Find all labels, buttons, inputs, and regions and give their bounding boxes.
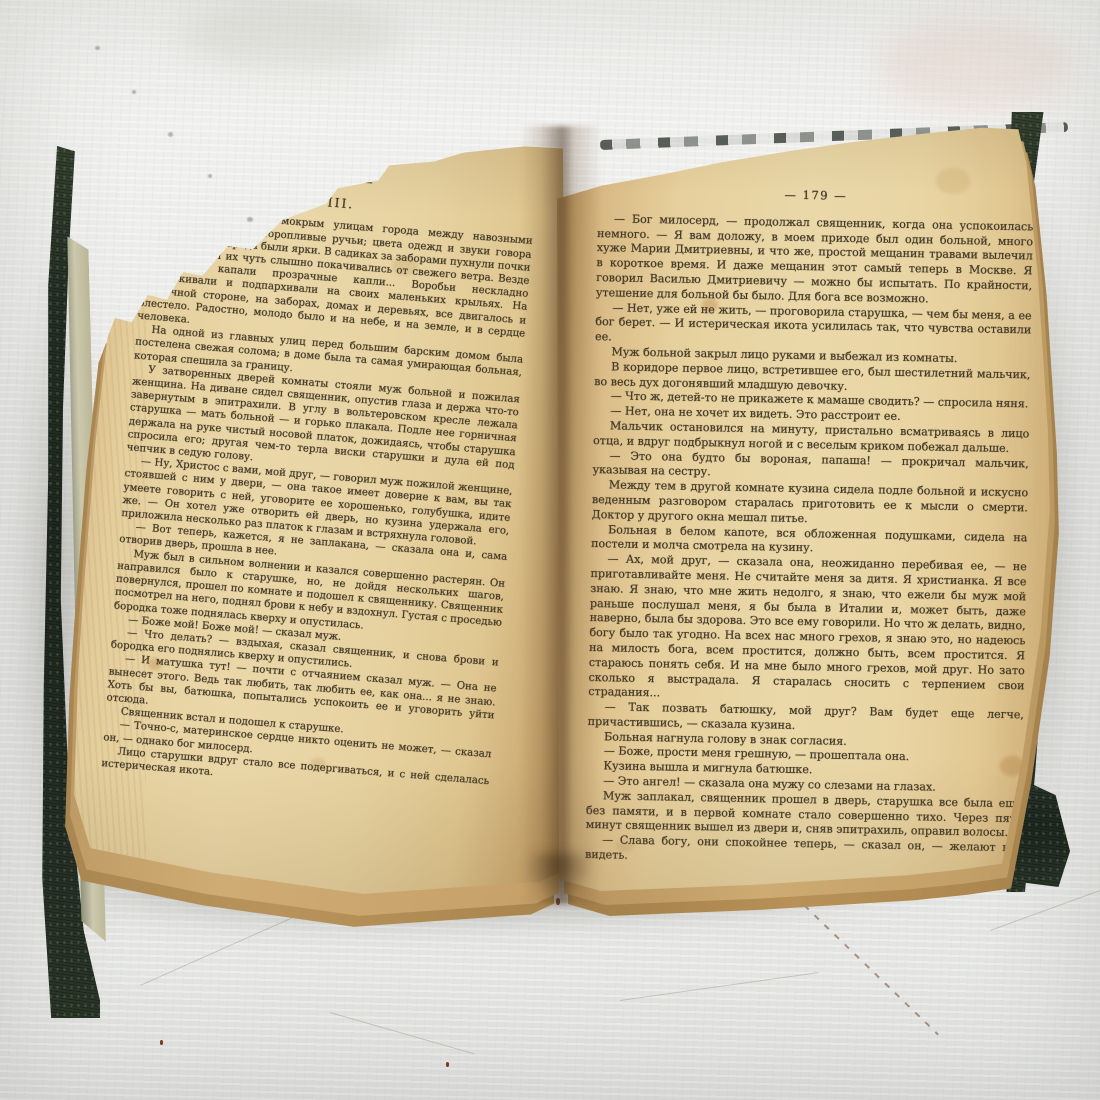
dust-speck xyxy=(132,90,136,94)
dust-speck xyxy=(247,217,253,222)
paragraph: — Ах, мой друг, — сказала она, неожиданн… xyxy=(588,552,1027,708)
left-page-text: — 178 — III. Пришла весна. По мокрым ули… xyxy=(101,158,537,801)
scratch-mark xyxy=(990,886,1100,931)
scratch-mark xyxy=(794,895,939,1035)
left-page: — 178 — III. Пришла весна. По мокрым ули… xyxy=(62,138,567,900)
right-page: — 179 — — Бог милосерд, — продолжал свящ… xyxy=(552,116,1060,898)
red-speck xyxy=(556,898,560,905)
scratch-mark xyxy=(330,1012,474,1054)
dust-speck xyxy=(168,132,173,137)
paragraph: Между тем в другой комнате кузина сидела… xyxy=(592,478,1029,531)
right-page-text: — 179 — — Бог милосерд, — продолжал свящ… xyxy=(584,184,1034,902)
red-speck xyxy=(446,1062,449,1067)
page-number: — 179 — xyxy=(598,184,1034,207)
dust-speck xyxy=(95,46,100,50)
left-page-paragraphs: Пришла весна. По мокрым улицам города ме… xyxy=(101,204,533,801)
dust-speck xyxy=(208,174,212,178)
scratch-mark xyxy=(620,972,818,1001)
photo-scene: — 178 — III. Пришла весна. По мокрым ули… xyxy=(0,0,1100,1100)
right-page-paragraphs: — Бог милосерд, — продолжал священник, к… xyxy=(585,212,1033,871)
scratch-mark xyxy=(140,912,305,986)
surface-smudge xyxy=(180,0,400,70)
surface-smudge xyxy=(880,20,1070,110)
paragraph: — Бог милосерд, — продолжал священник, к… xyxy=(596,212,1034,309)
red-speck xyxy=(160,1040,163,1045)
